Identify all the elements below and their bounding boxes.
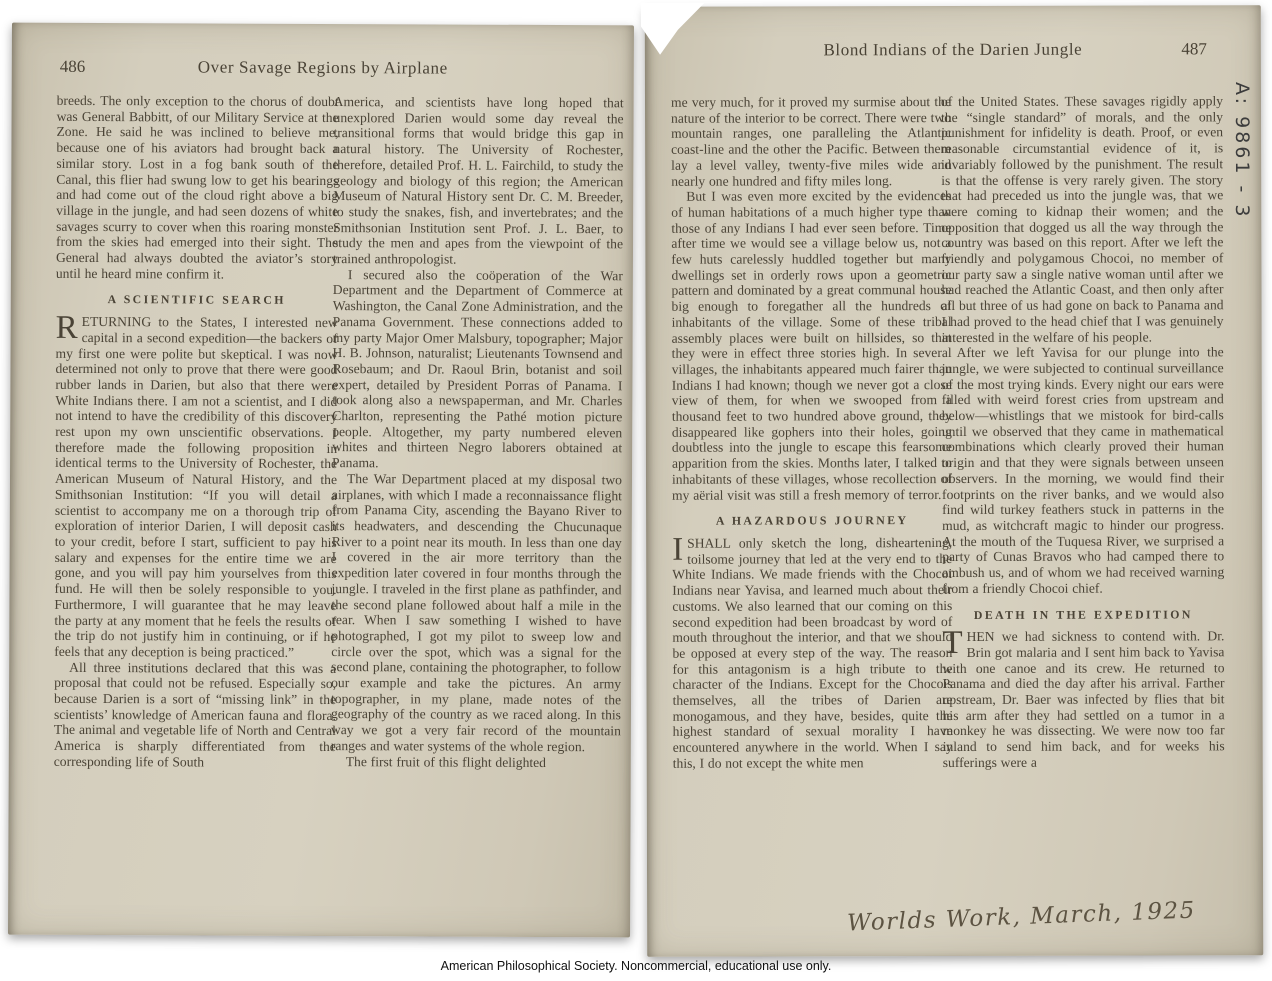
- paragraph: THEN we had sickness to contend with. Dr…: [942, 628, 1224, 770]
- section-heading: A HAZARDOUS JOURNEY: [672, 513, 952, 529]
- right-page-header: Blond Indians of the Darien Jungle 487: [685, 39, 1221, 62]
- drop-cap: I: [672, 536, 687, 564]
- right-page-column-1: me very much, for it proved my surmise a…: [671, 94, 953, 917]
- paragraph: The first fruit of this flight delighted: [331, 754, 621, 771]
- paragraph: ISHALL only sketch the long, dishearteni…: [672, 535, 953, 771]
- right-page-scan: Blond Indians of the Darien Jungle 487 m…: [645, 5, 1263, 957]
- drop-cap: T: [942, 629, 966, 657]
- left-page-column-2: America, and scientists have long hoped …: [330, 94, 624, 917]
- left-page-scan: 486 Over Savage Regions by Airplane bree…: [8, 23, 634, 938]
- footer-caption: American Philosophical Society. Noncomme…: [0, 959, 1272, 973]
- paragraph: breeds. The only exception to the chorus…: [56, 93, 339, 283]
- left-page-header: 486 Over Savage Regions by Airplane: [52, 57, 594, 81]
- paragraph: After we left Yavisa for our plunge into…: [942, 345, 1225, 597]
- paragraph: All three institutions declared that thi…: [54, 659, 336, 770]
- archive-margin-note: A: 9861 - 3: [1231, 82, 1253, 219]
- paragraph: of the United States. These savages rigi…: [941, 93, 1224, 345]
- section-heading: A SCIENTIFIC SEARCH: [56, 292, 338, 309]
- paragraph: RETURNING to the States, I interested ne…: [54, 314, 338, 661]
- paragraph: The War Department placed at my disposal…: [331, 471, 622, 755]
- right-page-column-2: of the United States. These savages rigi…: [941, 93, 1225, 916]
- scan-stage: 486 Over Savage Regions by Airplane bree…: [0, 0, 1272, 981]
- page-number-right: 487: [1181, 39, 1207, 59]
- paragraph: America, and scientists have long hoped …: [333, 94, 624, 268]
- drop-cap: R: [56, 314, 82, 342]
- paragraph: But I was even more excited by the evide…: [671, 188, 952, 503]
- running-title-right: Blond Indians of the Darien Jungle: [685, 39, 1221, 60]
- running-title-left: Over Savage Regions by Airplane: [52, 57, 594, 79]
- left-page-column-1: breeds. The only exception to the chorus…: [53, 93, 339, 916]
- paragraph: me very much, for it proved my surmise a…: [671, 94, 951, 189]
- section-heading: DEATH IN THE EXPEDITION: [942, 607, 1224, 623]
- paragraph: I secured also the coöperation of the Wa…: [332, 267, 623, 472]
